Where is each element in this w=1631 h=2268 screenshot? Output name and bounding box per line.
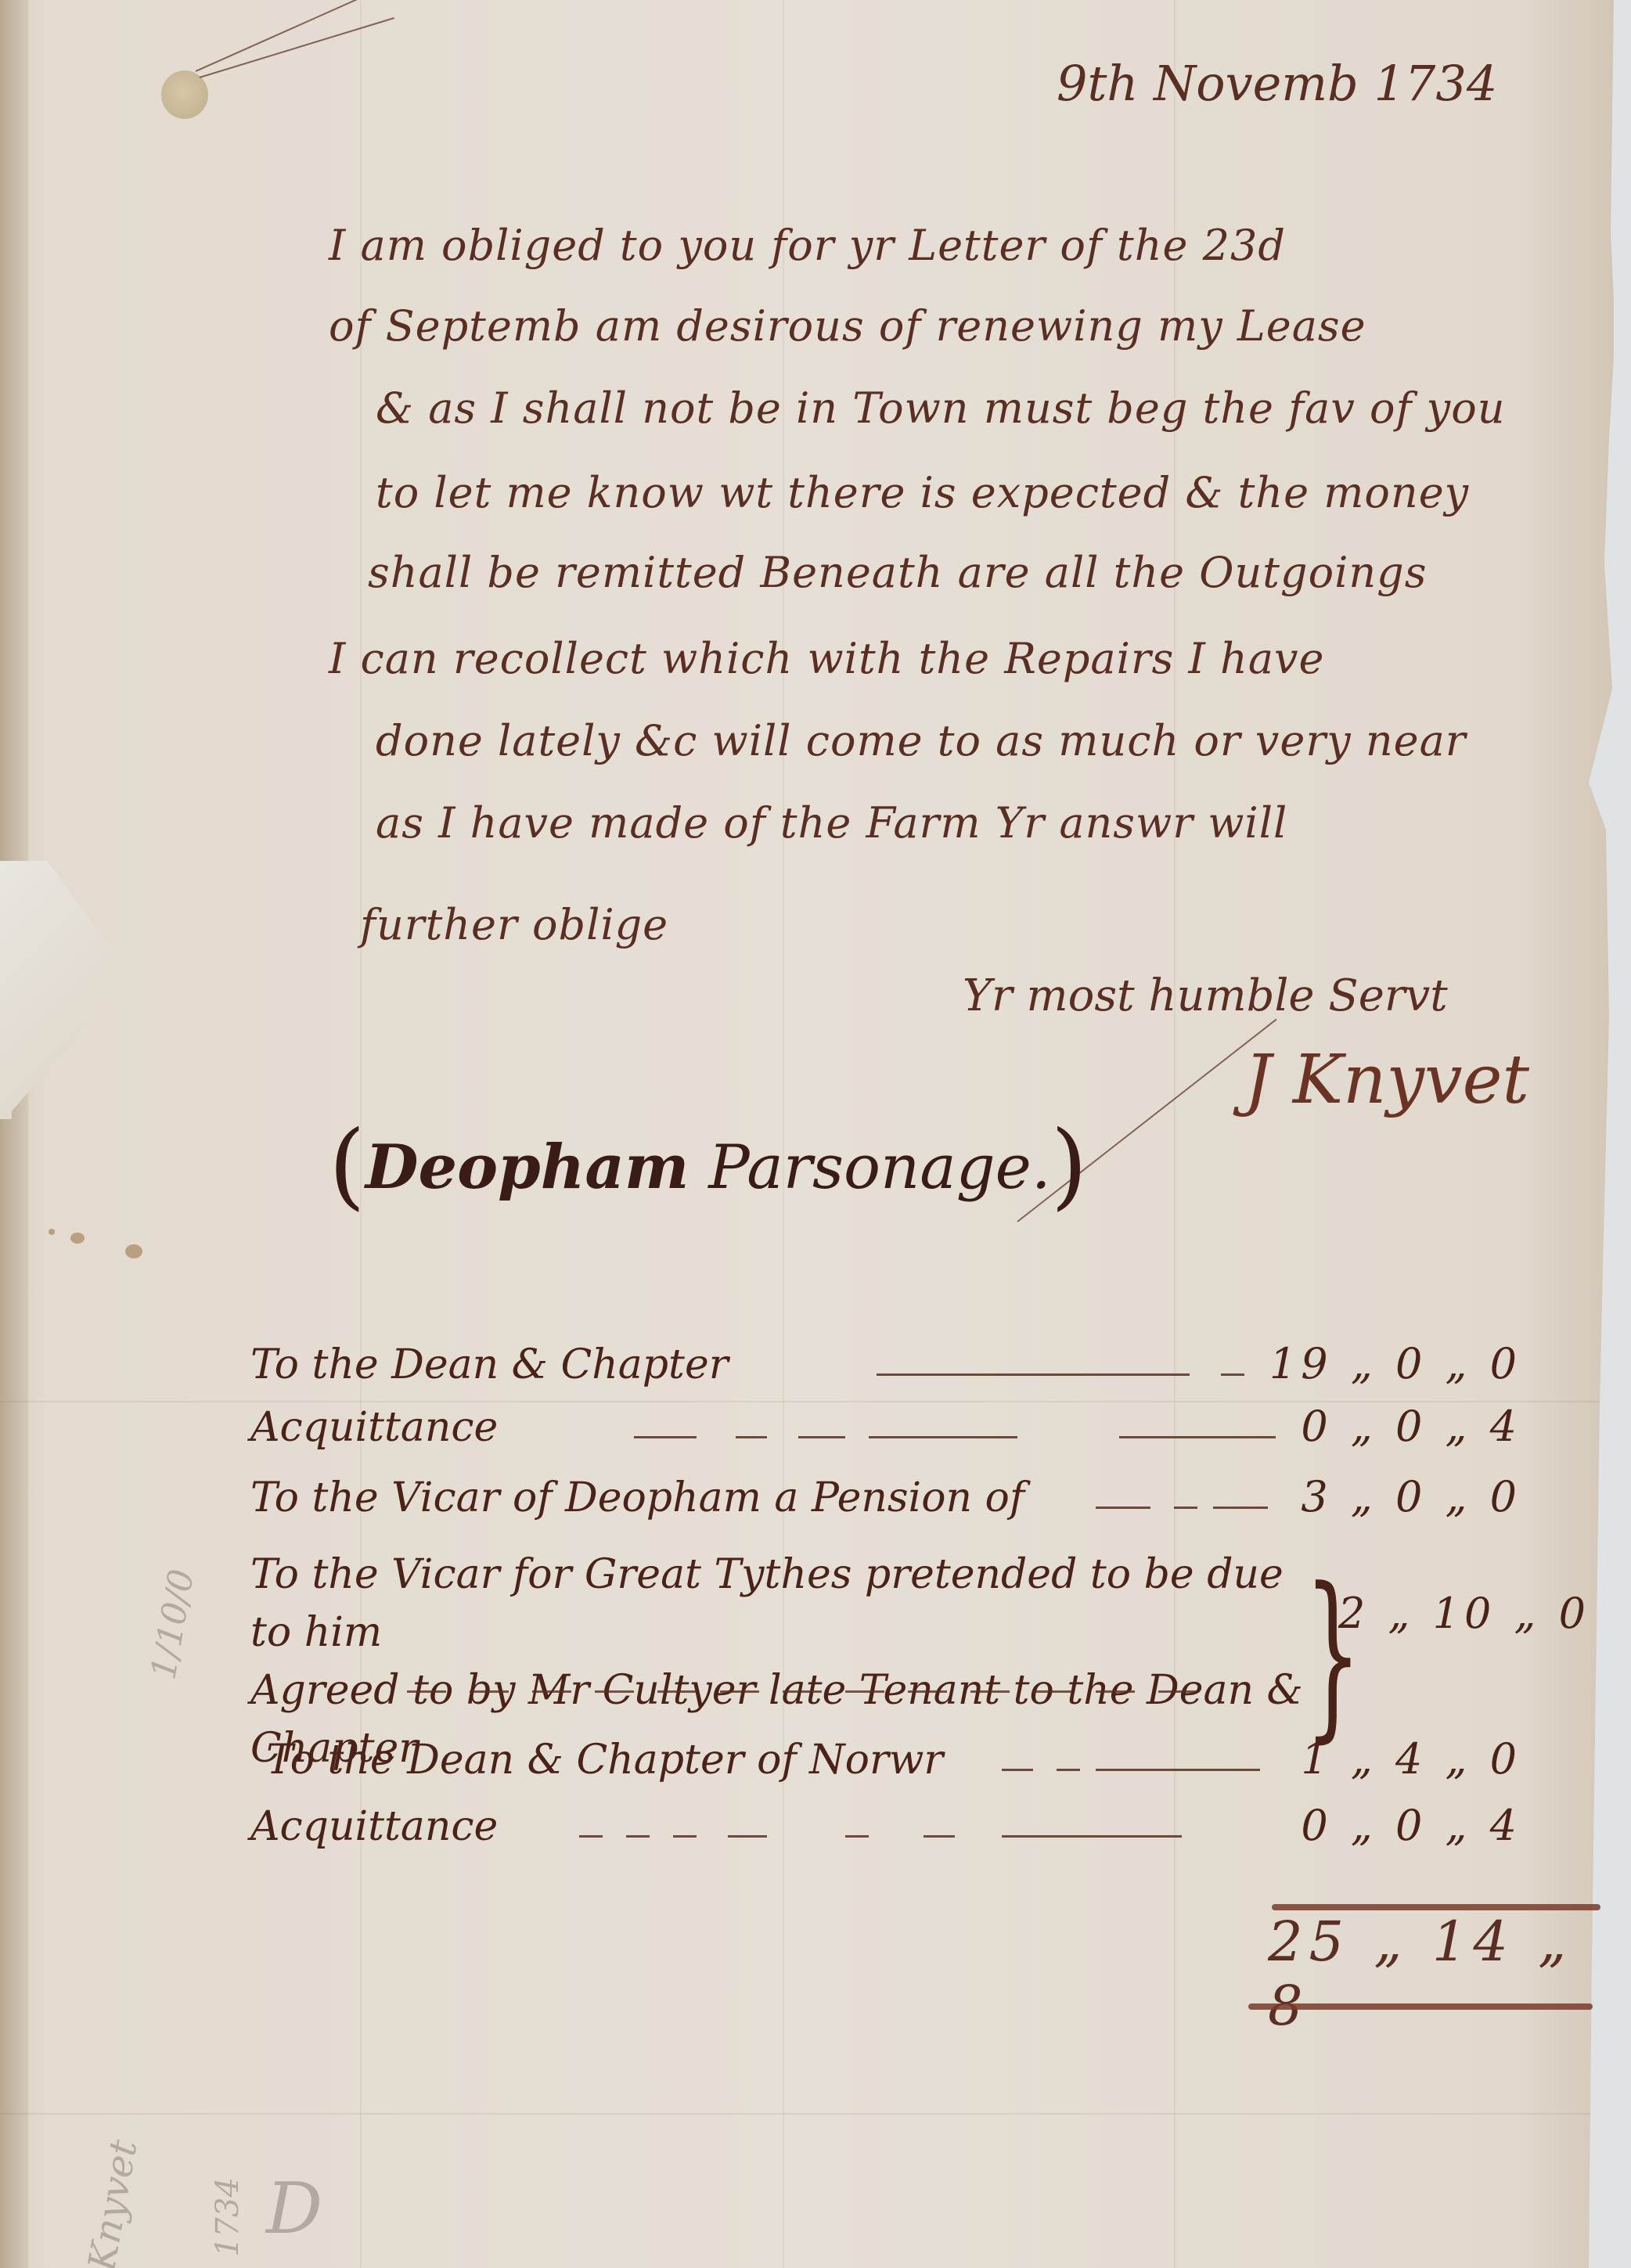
- account-amount: 2 „ 10 „ 0: [1338, 1589, 1590, 1638]
- leader-line: [728, 1835, 767, 1838]
- leader-line: [736, 1436, 767, 1438]
- leader-line: [673, 1835, 697, 1838]
- account-amount: 1 „ 4 „ 0: [1301, 1734, 1521, 1784]
- account-row: To the Dean & Chapter of Norwr 1 „ 4 „ 0: [250, 1733, 1561, 1788]
- margin-note: D: [266, 2168, 322, 2250]
- leader-line: [1096, 1507, 1150, 1509]
- heading-place: Deopham: [365, 1132, 689, 1203]
- margin-note: 1734: [210, 2177, 246, 2257]
- leader-line: [869, 1436, 1017, 1438]
- leader-line: [877, 1373, 1190, 1376]
- leader-line: [1057, 1769, 1080, 1771]
- leader-line: [407, 1690, 1221, 1693]
- heading-rest: Parsonage.: [689, 1132, 1050, 1203]
- letter-line: I can recollect which with the Repairs I…: [329, 634, 1324, 683]
- letter-line: to let me know wt there is expected & th…: [376, 468, 1469, 517]
- leader-line: [1174, 1507, 1197, 1509]
- total-rule-bottom: [1248, 2003, 1593, 2010]
- account-amount: 0 „ 0 „ 4: [1301, 1402, 1521, 1451]
- leader-line: [634, 1436, 697, 1438]
- leader-line: [924, 1835, 955, 1838]
- letter-line: of Septemb am desirous of renewing my Le…: [329, 301, 1366, 351]
- letter-line: & as I shall not be in Town must beg the…: [376, 383, 1505, 433]
- leader-line: [845, 1835, 869, 1838]
- account-amount: 19 „ 0 „ 0: [1269, 1339, 1521, 1388]
- account-label: To the Dean & Chapter: [250, 1341, 729, 1388]
- letter-line: further oblige: [360, 900, 668, 949]
- account-amount: 0 „ 0 „ 4: [1301, 1801, 1521, 1850]
- account-label: Acquittance: [250, 1803, 498, 1850]
- leader-line: [1002, 1769, 1033, 1771]
- date-line: 9th Novemb 1734: [1057, 55, 1497, 112]
- account-label-line: To the Vicar for Great Tythes pretended …: [250, 1546, 1330, 1661]
- account-label: To the Vicar of Deopham a Pension of: [250, 1474, 1024, 1521]
- account-label: Acquittance: [250, 1404, 498, 1451]
- account-row: Acquittance 0 „ 0 „ 4: [250, 1401, 1561, 1456]
- leader-line: [1096, 1769, 1260, 1771]
- signature: J Knyvet: [1244, 1041, 1529, 1119]
- ink-spot: [125, 1244, 142, 1258]
- account-row: Acquittance 0 „ 0 „ 4: [250, 1800, 1561, 1855]
- closing-salutation: Yr most humble Servt: [963, 970, 1448, 1021]
- account-amount: 3 „ 0 „ 0: [1301, 1472, 1521, 1521]
- leader-line: [579, 1835, 603, 1838]
- leader-line: [1002, 1835, 1182, 1838]
- paper-edge-left: [0, 0, 28, 2268]
- account-row: To the Dean & Chapter 19 „ 0 „ 0: [250, 1338, 1561, 1393]
- letter-line: as I have made of the Farm Yr answr will: [376, 798, 1287, 848]
- leader-line: [798, 1436, 845, 1438]
- fold-crease: [0, 2113, 1614, 2115]
- ink-spot: [49, 1229, 55, 1235]
- leader-line: [1221, 1373, 1244, 1376]
- letter-line: I am obliged to you for yr Letter of the…: [329, 221, 1286, 270]
- heading-open-paren: (: [329, 1111, 365, 1220]
- letter-line: done lately &c will come to as much or v…: [376, 716, 1467, 765]
- leader-line: [626, 1835, 650, 1838]
- account-label: To the Dean & Chapter of Norwr: [266, 1737, 943, 1784]
- leader-line: [1213, 1507, 1268, 1509]
- account-row: To the Vicar of Deopham a Pension of 3 „…: [250, 1471, 1561, 1526]
- heading-close-paren: ): [1051, 1111, 1088, 1220]
- leader-line: [1119, 1436, 1276, 1438]
- account-heading: (Deopham Parsonage.): [329, 1111, 1087, 1220]
- letter-line: shall be remitted Beneath are all the Ou…: [368, 548, 1427, 597]
- ink-spot: [70, 1233, 85, 1244]
- account-total: 25 „ 14 „ 8: [1268, 1910, 1631, 2038]
